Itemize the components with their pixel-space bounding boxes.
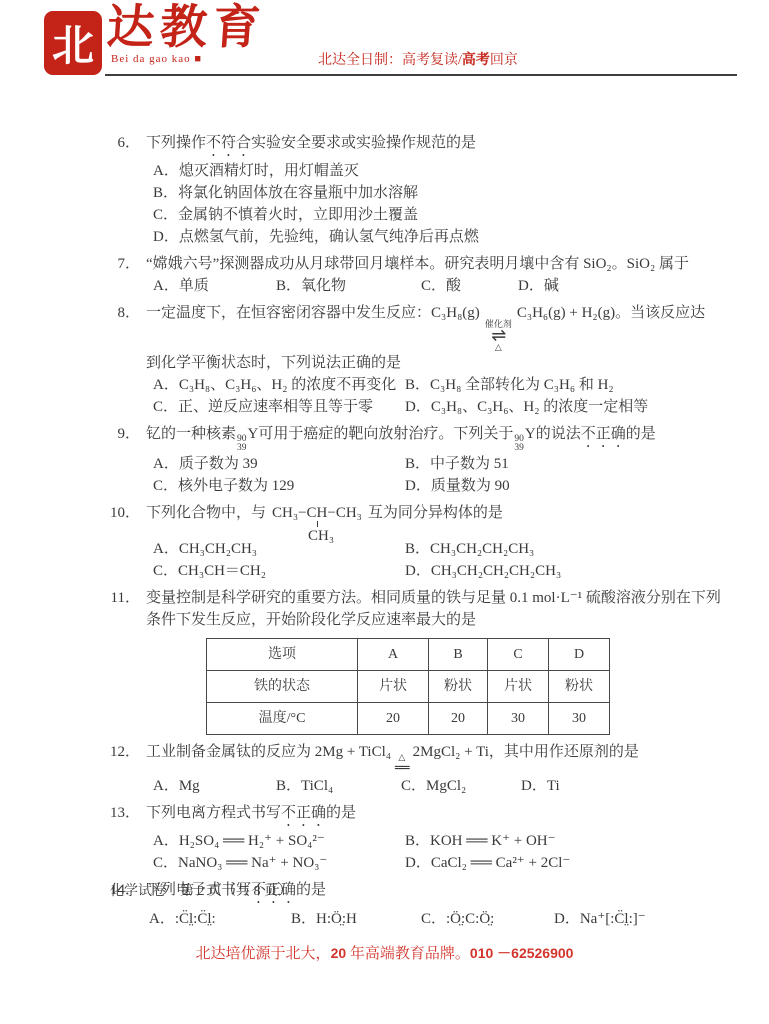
stem-text: 的是 <box>296 882 326 898</box>
option-lewis-structure: B．H:Ö̤:H <box>291 907 421 931</box>
table-row: 铁的状态 片状 粉状 片状 粉状 <box>207 671 610 703</box>
stem-text: 一定温度下，在恒容密闭容器中发生反应： <box>146 305 431 321</box>
stem-text: 互为同分异构体的是 <box>368 505 503 521</box>
heated-equals-sign: △══ <box>395 753 409 775</box>
stem-text: 工业制备金属钛的反应为 2Mg + TiCl₄ <box>146 744 391 760</box>
stem-text: 钇的一种核素 <box>146 426 236 442</box>
question-number: 12． <box>100 741 140 763</box>
equals-sign: ══ <box>395 762 409 775</box>
reversible-arrow-icon: ⇌ <box>491 329 505 342</box>
question-stem: 钇的一种核素9039Y可用于癌症的靶向放射治疗。下列关于9039Y的说法不正确的… <box>146 423 730 453</box>
heat-symbol: △ <box>495 343 502 352</box>
structural-formula: CH₃−CH−CH₃CH₃ <box>272 502 362 524</box>
option: D．Ti <box>521 775 730 797</box>
brand-calligraphy-text: 达教育 <box>105 0 268 56</box>
option: B．KOH ══ K⁺ + OH⁻ <box>405 830 730 852</box>
options-row: A．:C̈l̤:C̈l̤: B．H:Ö̤:H C．:Ö̤:C:Ö̤: D．Na⁺… <box>149 907 730 931</box>
header-tagline: 北达全日制：高考复读/高考回京 <box>318 49 518 69</box>
tagline-text-end: 回京 <box>490 53 518 68</box>
option: A．H₂SO₄ ══ H₂⁺ + SO₄²⁻ <box>153 830 405 852</box>
equilibrium-arrow: 催化剂⇌△ <box>485 320 512 352</box>
table-header-cell: A <box>358 639 429 671</box>
option: D．C₃H₈、C₃H₆、H₂ 的浓度一定相等 <box>405 396 730 418</box>
option: B．TiCl₄ <box>276 775 401 797</box>
product-formula: C₃H₆(g) + H₂(g)。当该反应达 <box>517 305 705 321</box>
options-grid: A．CH₃CH₂CH₃ B．CH₃CH₂CH₂CH₃ C．CH₃CH＝CH₂ D… <box>153 538 730 582</box>
table-header-cell: B <box>429 639 488 671</box>
page-number-label: 化学试卷 第 2 页（共 8 页） <box>110 880 292 900</box>
tagline-bold-text: 高考 <box>462 53 490 68</box>
element-symbol: Y <box>248 426 259 442</box>
option: C．金属钠不慎着火时，立即用沙土覆盖 <box>153 204 730 226</box>
stem-text: 可用于癌症的靶向放射治疗。下列关于 <box>258 426 513 442</box>
question-number: 9． <box>100 423 140 445</box>
stem-emphasized-text: 不符合 <box>206 135 251 151</box>
stem-text: 下列化合物中，与 <box>146 505 266 521</box>
nuclide-notation: 9039 <box>514 435 524 453</box>
promo-years-number: 20 <box>331 945 347 961</box>
options-list: A．熄灭酒精灯时，用灯帽盖灭 B．将氯化钠固体放在容量瓶中加水溶解 C．金属钠不… <box>146 160 730 248</box>
option: C．正、逆反应速率相等且等于零 <box>153 396 405 418</box>
question-number: 11． <box>100 587 140 609</box>
exam-body: 6． 下列操作不符合实验安全要求或实验操作规范的是 A．熄灭酒精灯时，用灯帽盖灭… <box>100 132 730 931</box>
question-stem: 下列电离方程式书写不正确的是 <box>146 802 730 830</box>
footer-promo-text: 北达培优源于北大，20 年高端教育品牌。010 －62526900 <box>0 942 769 963</box>
promo-text: 北达培优源于北大， <box>196 946 331 962</box>
question-12: 12． 工业制备金属钛的反应为 2Mg + TiCl₄△══2MgCl₂ + T… <box>100 741 730 797</box>
table-cell: 温度/°C <box>207 703 358 735</box>
option: C．核外电子数为 129 <box>153 475 405 497</box>
question-stem-line2: 到化学平衡状态时，下列说法正确的是 <box>146 352 730 374</box>
conditions-table: 选项 A B C D 铁的状态 片状 粉状 片状 粉状 温度/°C 20 20 … <box>206 638 610 735</box>
question-number: 13． <box>100 802 140 824</box>
table-cell: 片状 <box>488 671 549 703</box>
option: B．中子数为 51 <box>405 453 730 475</box>
question-stem: “嫦娥六号”探测器成功从月球带回月壤样本。研究表明月壤中含有 SiO₂。SiO₂… <box>146 253 730 275</box>
table-cell: 片状 <box>358 671 429 703</box>
promo-phone-number: 010 －62526900 <box>470 945 574 961</box>
header-divider-line <box>105 74 737 76</box>
question-9: 9． 钇的一种核素9039Y可用于癌症的靶向放射治疗。下列关于9039Y的说法不… <box>100 423 730 497</box>
option: D．碱 <box>518 275 730 297</box>
option: D．点燃氢气前，先验纯，确认氢气纯净后再点燃 <box>153 226 730 248</box>
question-number: 7． <box>100 253 140 275</box>
table-row: 温度/°C 20 20 30 30 <box>207 703 610 735</box>
table-cell: 30 <box>488 703 549 735</box>
reactant-formula: C₃H₈(g) <box>431 305 480 321</box>
option: B．将氯化钠固体放在容量瓶中加水溶解 <box>153 182 730 204</box>
options-grid: A．H₂SO₄ ══ H₂⁺ + SO₄²⁻ B．KOH ══ K⁺ + OH⁻… <box>153 830 730 874</box>
table-cell: 粉状 <box>549 671 610 703</box>
question-13: 13． 下列电离方程式书写不正确的是 A．H₂SO₄ ══ H₂⁺ + SO₄²… <box>100 802 730 874</box>
option: A．Mg <box>153 775 276 797</box>
stem-text: 2MgCl₂ + Ti，其中用作还原剂的是 <box>413 744 639 760</box>
option: C．酸 <box>421 275 518 297</box>
option: A．熄灭酒精灯时，用灯帽盖灭 <box>153 160 730 182</box>
option: A．质子数为 39 <box>153 453 405 475</box>
options-grid: A．质子数为 39 B．中子数为 51 C．核外电子数为 129 D．质量数为 … <box>153 453 730 497</box>
question-stem: 工业制备金属钛的反应为 2Mg + TiCl₄△══2MgCl₂ + Ti，其中… <box>146 741 730 775</box>
table-cell: 30 <box>549 703 610 735</box>
atomic-number: 39 <box>237 444 247 453</box>
question-11: 11． 变量控制是科学研究的重要方法。相同质量的铁与足量 0.1 mol·L⁻¹… <box>100 587 730 735</box>
question-number: 8． <box>100 302 140 324</box>
question-stem: 下列化合物中，与CH₃−CH−CH₃CH₃互为同分异构体的是 <box>146 502 730 524</box>
option: C．NaNO₃ ══ Na⁺ + NO₃⁻ <box>153 852 405 874</box>
table-row: 选项 A B C D <box>207 639 610 671</box>
options-row: A．Mg B．TiCl₄ C．MgCl₂ D．Ti <box>153 775 730 797</box>
page-header: 北 达教育 Bei da gao kao ■ 北达全日制：高考复读/高考回京 <box>0 0 769 92</box>
nuclide-notation: 9039 <box>237 435 247 453</box>
option: A．C₃H₈、C₃H₆、H₂ 的浓度不再变化 <box>153 374 405 396</box>
stem-text: 实验安全要求或实验操作规范的是 <box>251 135 476 151</box>
table-header-cell: 选项 <box>207 639 358 671</box>
question-6: 6． 下列操作不符合实验安全要求或实验操作规范的是 A．熄灭酒精灯时，用灯帽盖灭… <box>100 132 730 248</box>
question-7: 7． “嫦娥六号”探测器成功从月球带回月壤样本。研究表明月壤中含有 SiO₂。S… <box>100 253 730 297</box>
stem-text: 下列操作 <box>146 135 206 151</box>
element-symbol: Y <box>525 426 536 442</box>
stem-text: 的说法 <box>536 426 581 442</box>
option: D．CH₃CH₂CH₂CH₂CH₃ <box>405 560 730 582</box>
question-number: 6． <box>100 132 140 154</box>
option-lewis-structure: A．:C̈l̤:C̈l̤: <box>149 907 291 931</box>
seal-character: 北 <box>52 13 94 73</box>
stem-text: 下列电离方程式书写 <box>146 805 281 821</box>
question-stem: 下列操作不符合实验安全要求或实验操作规范的是 <box>146 132 730 160</box>
table-cell: 20 <box>358 703 429 735</box>
formula-branch-group: CH₃ <box>308 525 334 547</box>
question-number: 10． <box>100 502 140 524</box>
table-header-cell: D <box>549 639 610 671</box>
formula-main-chain: CH₃−CH−CH₃ <box>272 505 362 521</box>
option: B．C₃H₈ 全部转化为 C₃H₆ 和 H₂ <box>405 374 730 396</box>
question-10: 10． 下列化合物中，与CH₃−CH−CH₃CH₃互为同分异构体的是 A．CH₃… <box>100 502 730 582</box>
options-grid: A．C₃H₈、C₃H₆、H₂ 的浓度不再变化 B．C₃H₈ 全部转化为 C₃H₆… <box>153 374 730 418</box>
option: A．单质 <box>153 275 276 297</box>
option-lewis-structure: C．:Ö̤:C:Ö̤: <box>421 907 554 931</box>
table-cell: 粉状 <box>429 671 488 703</box>
brand-pinyin-subtitle: Bei da gao kao ■ <box>111 53 202 65</box>
option: B．氧化物 <box>276 275 421 297</box>
promo-text: 年高端教育品牌。 <box>346 946 470 962</box>
stem-text: 的是 <box>626 426 656 442</box>
option: C．MgCl₂ <box>401 775 521 797</box>
option-lewis-structure: D．Na⁺[:C̈l̤:]⁻ <box>554 907 730 931</box>
atomic-number: 39 <box>514 444 524 453</box>
exam-page: { "header": { "seal_char": "北", "brand_c… <box>0 0 769 1024</box>
table-cell: 20 <box>429 703 488 735</box>
question-stem-line1: 一定温度下，在恒容密闭容器中发生反应：C₃H₈(g)催化剂⇌△C₃H₆(g) +… <box>146 302 730 352</box>
question-8: 8． 一定温度下，在恒容密闭容器中发生反应：C₃H₈(g)催化剂⇌△C₃H₆(g… <box>100 302 730 418</box>
options-row: A．单质 B．氧化物 C．酸 D．碱 <box>153 275 730 297</box>
tagline-text: 北达全日制：高考复读/ <box>318 53 462 68</box>
option: B．CH₃CH₂CH₂CH₃ <box>405 538 730 560</box>
stem-text: 的是 <box>326 805 356 821</box>
question-stem: 变量控制是科学研究的重要方法。相同质量的铁与足量 0.1 mol·L⁻¹ 硫酸溶… <box>146 587 730 631</box>
stem-emphasized-text: 不正确 <box>281 805 326 821</box>
option: A．CH₃CH₂CH₃ <box>153 538 405 560</box>
option: C．CH₃CH＝CH₂ <box>153 560 405 582</box>
table-cell: 铁的状态 <box>207 671 358 703</box>
table-header-cell: C <box>488 639 549 671</box>
option: D．CaCl₂ ══ Ca²⁺ + 2Cl⁻ <box>405 852 730 874</box>
stem-emphasized-text: 不正确 <box>581 426 626 442</box>
brand-seal-logo: 北 <box>45 12 101 74</box>
option: D．质量数为 90 <box>405 475 730 497</box>
